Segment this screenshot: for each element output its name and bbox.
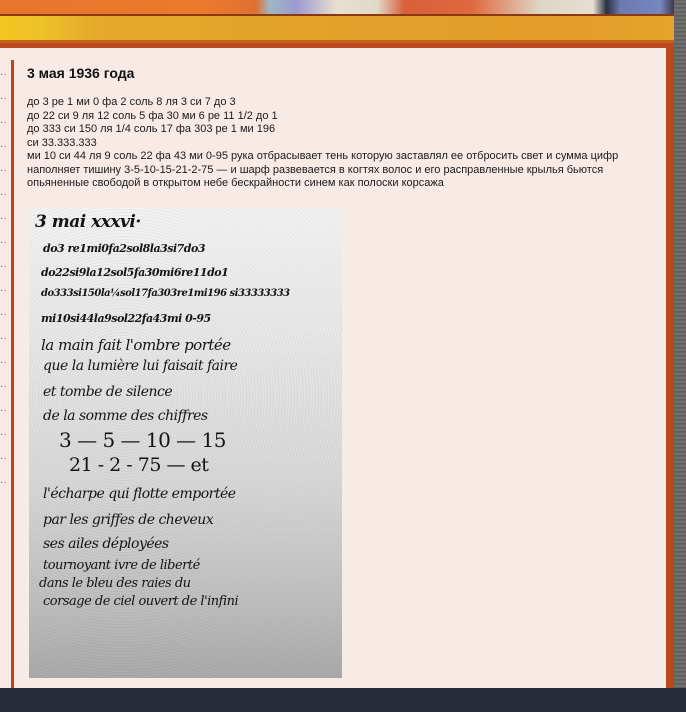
- post-line: опьяненные свободой в открытом небе беск…: [27, 177, 662, 191]
- post-line: до 3 ре 1 ми 0 фа 2 соль 8 ля 3 си 7 до …: [27, 96, 662, 110]
- manuscript-line: do333si150la¼sol17fa303re1mi196 si333333…: [41, 288, 290, 299]
- right-scroll-rail: [674, 0, 686, 688]
- manuscript-line: do3 re1mi0fa2sol8la3si7do3: [43, 242, 205, 255]
- post-left-border: [11, 60, 14, 688]
- manuscript-line: de la somme des chiffres: [43, 408, 208, 424]
- manuscript-line: 21 - 2 - 75 — et: [69, 454, 208, 476]
- margin-dots: ............ ............ ............: [0, 68, 10, 500]
- manuscript-line: dans le bleu des raies du: [39, 576, 191, 591]
- post-line: до 333 си 150 ля 1/4 соль 17 фа 303 ре 1…: [27, 123, 662, 137]
- manuscript-line: 3 mai xxxvi·: [35, 212, 141, 232]
- post-title: 3 мая 1936 года: [27, 64, 662, 84]
- post-line: наполняет тишину 3-5-10-15-21-2-75 — и ш…: [27, 164, 662, 178]
- manuscript-image: 3 mai xxxvi· do3 re1mi0fa2sol8la3si7do3 …: [29, 208, 342, 678]
- manuscript-line: et tombe de silence: [43, 384, 172, 400]
- header-banner-artwork: [0, 0, 674, 15]
- post-content: 3 мая 1936 года до 3 ре 1 ми 0 фа 2 соль…: [27, 64, 662, 191]
- content-panel: ............ ............ ............ 3…: [0, 48, 674, 688]
- post-line: до 22 си 9 ля 12 соль 5 фа 30 ми 6 ре 11…: [27, 110, 662, 124]
- footer-bar: [0, 688, 686, 712]
- manuscript-line: l'écharpe qui flotte emportée: [43, 486, 236, 502]
- manuscript-line: ses ailes déployées: [43, 536, 169, 552]
- manuscript-line: la main fait l'ombre portée: [41, 336, 231, 354]
- manuscript-line: 3 — 5 — 10 — 15: [59, 428, 226, 452]
- manuscript-line: que la lumière lui faisait faire: [43, 358, 237, 374]
- manuscript-line: corsage de ciel ouvert de l'infini: [43, 594, 238, 609]
- header-gold-band: [0, 16, 674, 43]
- manuscript-line: tournoyant ivre de liberté: [43, 558, 200, 573]
- manuscript-line: mi10si44la9sol22fa43mi 0-95: [41, 312, 211, 325]
- post-line: си 33.333.333: [27, 137, 662, 151]
- manuscript-line: par les griffes de cheveux: [43, 512, 213, 528]
- post-page: ............ ............ ............ 3…: [0, 48, 666, 688]
- manuscript-line: do22si9la12sol5fa30mi6re11do1: [41, 266, 228, 279]
- post-body: до 3 ре 1 ми 0 фа 2 соль 8 ля 3 си 7 до …: [27, 96, 662, 191]
- post-line: ми 10 си 44 ля 9 соль 22 фа 43 ми 0-95 р…: [27, 150, 662, 164]
